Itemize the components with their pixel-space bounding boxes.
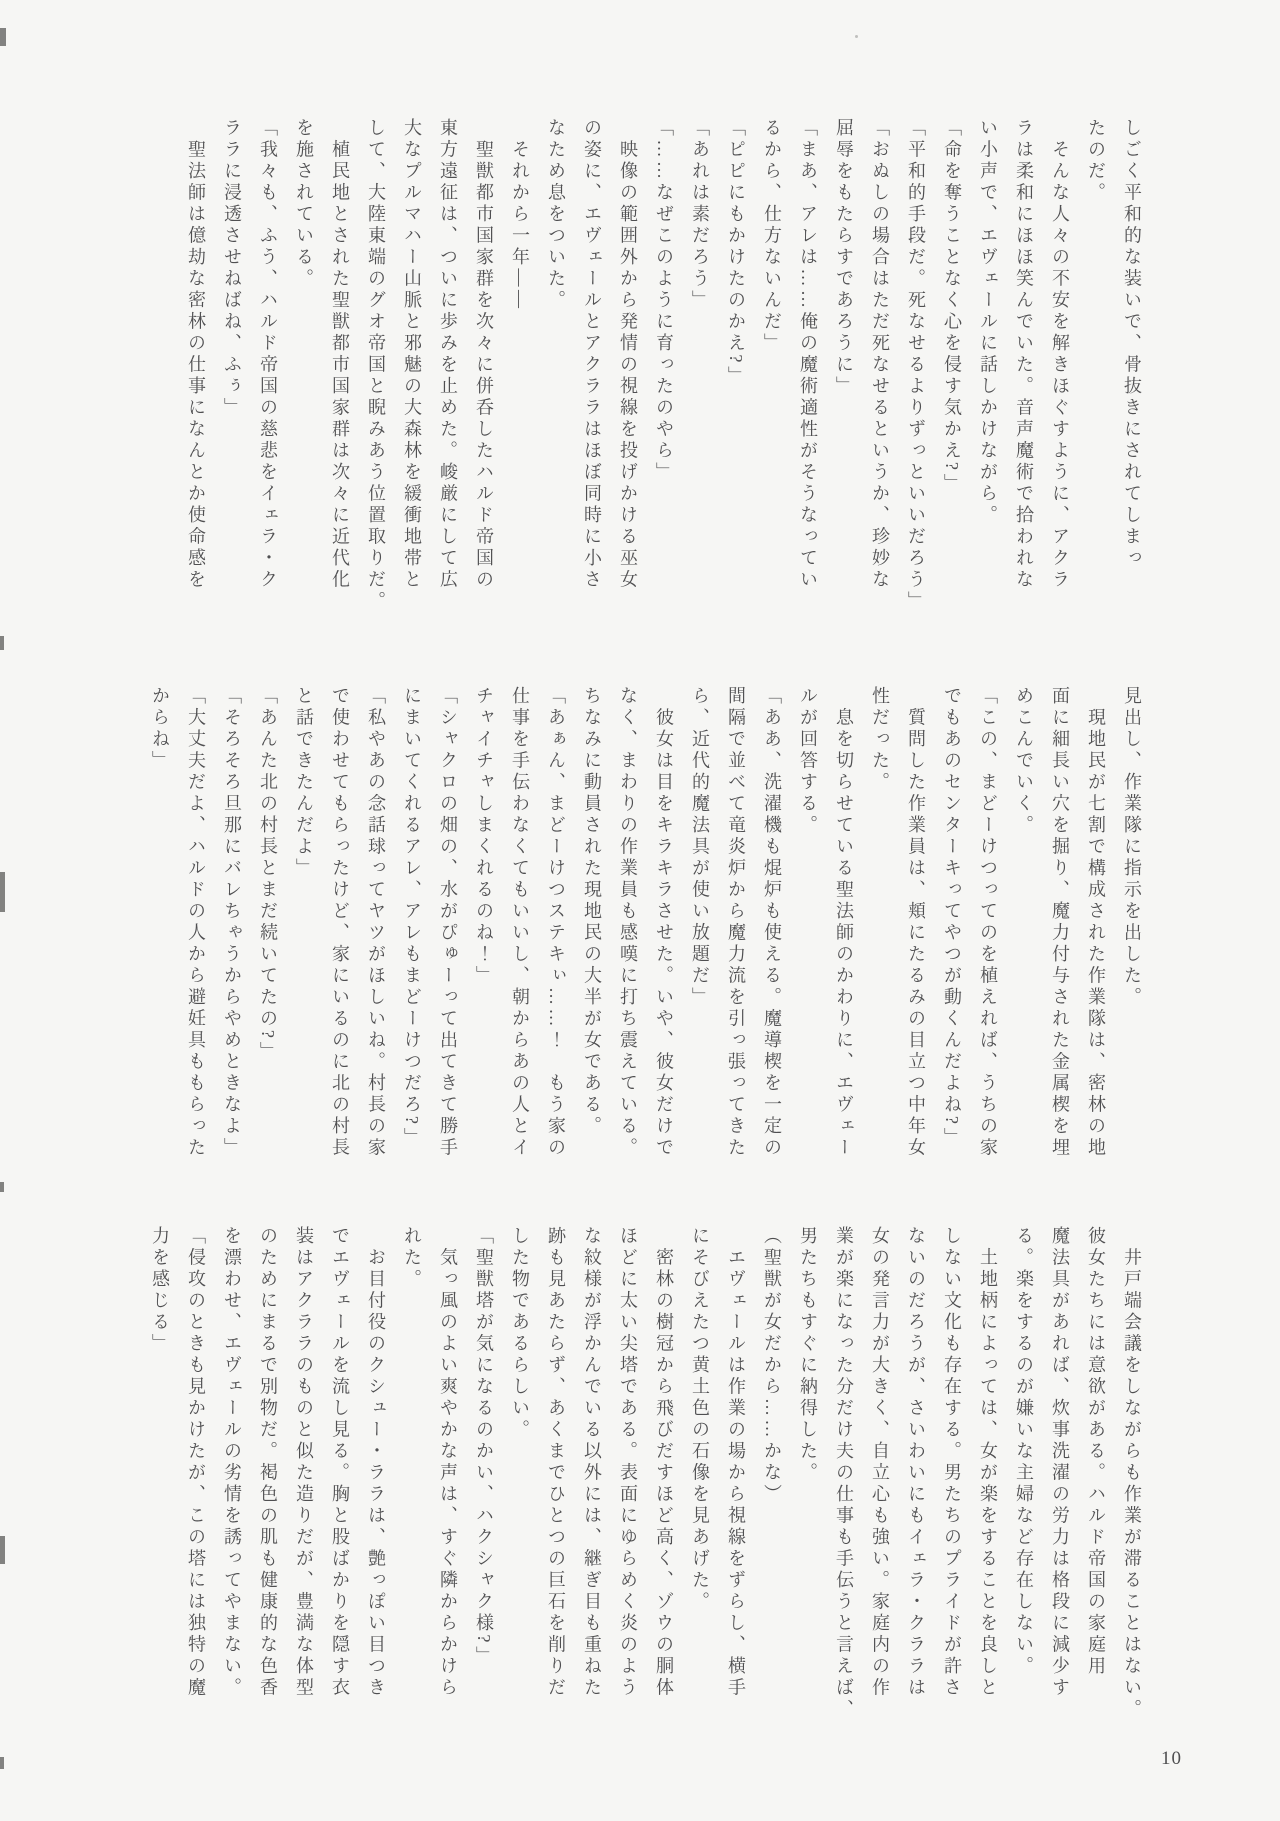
scan-artifact — [0, 1182, 4, 1192]
text-band-3: 井戸端会議をしながらも作業が滞ることはない。 彼女たちには意欲がある。ハルド帝国… — [142, 1226, 1150, 1736]
scan-artifact — [0, 28, 6, 46]
scan-artifact — [0, 872, 5, 912]
scan-artifact — [0, 636, 4, 650]
text-band-2: 見出し、作業隊に指示を出した。 現地民が七割で構成された作業隊は、密林の地 面に… — [142, 686, 1150, 1201]
novel-page: しごく平和的な装いで、骨抜きにされてしまっ たのだ。 そんな人々の不安を解きほぐ… — [0, 0, 1280, 1821]
page-number: 10 — [1161, 1748, 1182, 1770]
scan-artifact — [855, 35, 858, 38]
scan-artifact — [0, 1757, 4, 1769]
scan-artifact — [0, 1536, 5, 1564]
text-band-1: しごく平和的な装いで、骨抜きにされてしまっ たのだ。 そんな人々の不安を解きほぐ… — [178, 118, 1150, 646]
